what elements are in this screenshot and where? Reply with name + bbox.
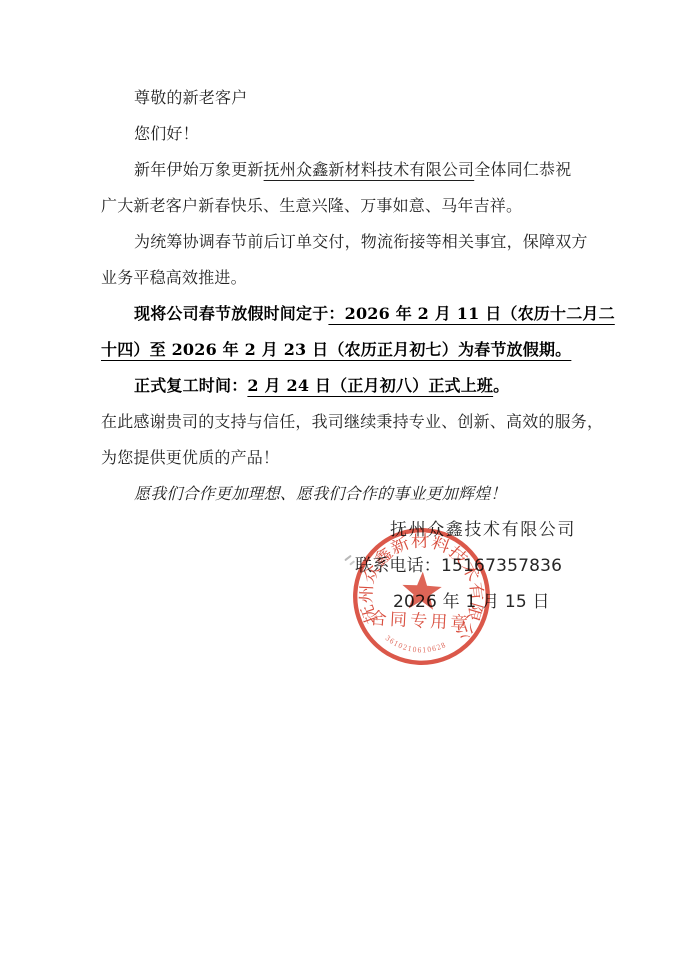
wish-text: 愿我们合作更加理想、愿我们合作的事业更加辉煌！ [134, 484, 507, 503]
logistics-line-2-text: 业务平稳高效推进。 [101, 268, 247, 287]
resume-work-line: 正式复工时间：2 月 24 日（正月初八）正式上班。 [101, 368, 587, 404]
intro-text-after: 全体同仁恭祝 [474, 160, 571, 179]
greeting-line: 您们好！ [101, 116, 587, 152]
thanks-line-2: 为您提供更优质的产品！ [101, 440, 587, 476]
logistics-line-1: 为统筹协调春节前后订单交付，物流衔接等相关事宜，保障双方 [101, 224, 587, 260]
intro-line-2: 广大新老客户新春快乐、生意兴隆、万事如意、马年吉祥。 [101, 188, 587, 224]
resume-lead-text: 正式复工时间： [134, 376, 247, 395]
intro-line-2-text: 广大新老客户新春快乐、生意兴隆、万事如意、马年吉祥。 [101, 196, 522, 215]
greeting-text: 您们好！ [134, 124, 199, 143]
salutation-line: 尊敬的新老客户 [101, 80, 587, 116]
holiday-lead-text: 现将公司春节放假时间定于 [134, 304, 328, 323]
signature-company-line: 抚州众鑫技术有限公司 [101, 512, 587, 548]
resume-date-underlined: 2 月 24 日（正月初八）正式上班 [247, 376, 493, 395]
company-name-underlined: 抚州众鑫新材料技术有限公司 [264, 160, 475, 179]
signature-phone-line: 联系电话：15167357836 [101, 548, 587, 584]
intro-line-1: 新年伊始万象更新抚州众鑫新材料技术有限公司全体同仁恭祝 [101, 152, 587, 188]
wish-line: 愿我们合作更加理想、愿我们合作的事业更加辉煌！ [101, 476, 587, 512]
holiday-line-1: 现将公司春节放假时间定于：2026 年 2 月 11 日（农历十二月二 [101, 296, 587, 332]
salutation-text: 尊敬的新老客户 [134, 88, 247, 107]
holiday-dates-underlined-1: ：2026 年 2 月 11 日（农历十二月二 [328, 304, 614, 323]
seal-star-icon [401, 571, 442, 611]
scanned-letter-page: 尊敬的新老客户 您们好！ 新年伊始万象更新抚州众鑫新材料技术有限公司全体同仁恭祝… [0, 0, 679, 960]
holiday-line-2: 十四）至 2026 年 2 月 23 日（农历正月初七）为春节放假期。 [101, 332, 587, 368]
thanks-line-2-text: 为您提供更优质的产品！ [101, 448, 279, 467]
signature-date-line: 2026 年 1 月 15 日 [101, 584, 587, 620]
holiday-dates-underlined-2: 十四）至 2026 年 2 月 23 日（农历正月初七）为春节放假期。 [101, 340, 571, 359]
company-seal-stamp: 抚州众鑫新材料技术有限公司 合同专用章 3610210610628 [345, 520, 497, 672]
thanks-line-1-text: 在此感谢贵司的支持与信任，我司继续秉持专业、创新、高效的服务， [101, 412, 603, 431]
letter-body: 尊敬的新老客户 您们好！ 新年伊始万象更新抚州众鑫新材料技术有限公司全体同仁恭祝… [101, 80, 587, 620]
resume-tail-text: 。 [493, 376, 509, 395]
seal-center-label: 合同专用章 [369, 608, 471, 634]
seal-serial-number: 3610210610628 [383, 633, 449, 656]
logistics-line-2: 业务平稳高效推进。 [101, 260, 587, 296]
thanks-line-1: 在此感谢贵司的支持与信任，我司继续秉持专业、创新、高效的服务， [101, 404, 587, 440]
logistics-line-1-text: 为统筹协调春节前后订单交付，物流衔接等相关事宜，保障双方 [134, 232, 588, 251]
intro-text-before: 新年伊始万象更新 [134, 160, 264, 179]
